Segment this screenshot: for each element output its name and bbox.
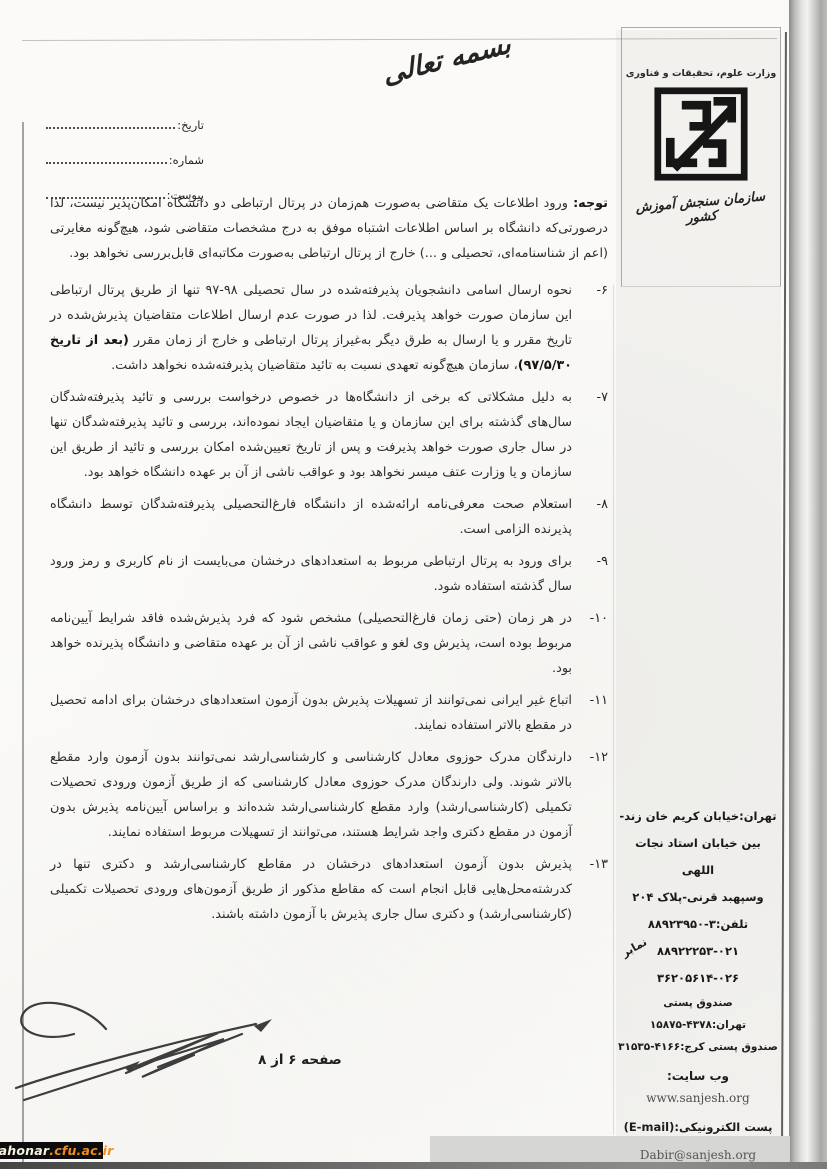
dotted-line xyxy=(46,162,167,164)
list-item: ۱۱- اتباع غیر ایرانی نمی‌توانند از تسهیل… xyxy=(50,688,608,738)
letterhead-box: وزارت علوم، تحقیقات و فناوری سازمان سنجش… xyxy=(621,27,781,287)
address-line: تهران:خیابان کریم خان زند- xyxy=(618,803,778,830)
list-item: ۱۰- در هر زمان (حتی زمان فارغ‌التحصیلی) … xyxy=(50,606,608,681)
org-name-calligraphy: سازمان سنجش آموزش کشور xyxy=(621,188,781,232)
scanned-page: بسمه تعالی تاریخ: شماره: پیوست: وزارت عل… xyxy=(0,0,827,1169)
item-number: ۷- xyxy=(572,385,608,485)
item-text: در هر زمان (حتی زمان فارغ‌التحصیلی) مشخص… xyxy=(50,606,572,681)
item-number: ۱۱- xyxy=(572,688,608,738)
notice-text: ورود اطلاعات یک متقاضی به‌صورت هم‌زمان د… xyxy=(50,196,608,261)
item-text: اتباع غیر ایرانی نمی‌توانند از تسهیلات پ… xyxy=(50,688,572,738)
item-number: ۸- xyxy=(572,492,608,542)
list-item: ۹- برای ورود به پرتال ارتباطی مربوط به ا… xyxy=(50,549,608,599)
list-item: ۷- به دلیل مشکلاتی که برخی از دانشگاه‌ها… xyxy=(50,385,608,485)
scanner-gutter xyxy=(789,0,827,1169)
sanjesh-logo-icon xyxy=(622,86,780,186)
list-item: ۶- نحوه ارسال اسامی دانشجویان پذیرفته‌شد… xyxy=(50,278,608,378)
list-item: ۱۲- دارندگان مدرک حوزوی معادل کارشناسی و… xyxy=(50,745,608,845)
item-text: پذیرش بدون آزمون استعدادهای درخشان در مق… xyxy=(50,852,572,927)
item-number: ۱۰- xyxy=(572,606,608,681)
notice-paragraph: توجه: ورود اطلاعات یک متقاضی به‌صورت هم‌… xyxy=(50,191,608,266)
watermark-site-suffix: .cfu.ac.ir xyxy=(49,1143,113,1158)
item-text-pre: به دلیل مشکلاتی که برخی از دانشگاه‌ها در… xyxy=(50,390,572,480)
phone-line: تلفن:۳-۸۸۹۲۳۹۵۰ xyxy=(618,911,778,938)
website-url: www.sanjesh.org xyxy=(616,1087,780,1109)
date-label: تاریخ: xyxy=(177,118,204,133)
item-number: ۹- xyxy=(572,549,608,599)
item-number: ۱۲- xyxy=(572,745,608,845)
list-item: ۸- استعلام صحت معرفی‌نامه ارائه‌شده از د… xyxy=(50,492,608,542)
item-text-pre: نحوه ارسال اسامی دانشجویان پذیرفته‌شده د… xyxy=(50,283,572,348)
address-line: بین خیابان استاد نجات اللهی xyxy=(618,830,778,884)
header-fields: تاریخ: شماره: پیوست: xyxy=(46,98,204,203)
ministry-title: وزارت علوم، تحقیقات و فناوری xyxy=(622,68,780,79)
sidebar-footer: صندوق پستی تهران:۴۳۷۸-۱۵۸۷۵ صندوق پستی ک… xyxy=(616,992,780,1166)
item-text: به دلیل مشکلاتی که برخی از دانشگاه‌ها در… xyxy=(50,385,572,485)
item-text-pre: پذیرش بدون آزمون استعدادهای درخشان در مق… xyxy=(50,857,572,922)
date-field: تاریخ: xyxy=(46,98,204,133)
fax-line: ۳۶۲۰۵۶۱۴-۰۲۶ xyxy=(618,965,778,992)
website-label: وب سایت: xyxy=(616,1065,780,1087)
address-line: وسپهبد قرنی-پلاک ۲۰۴ xyxy=(618,884,778,911)
sidebar-address: تهران:خیابان کریم خان زند- بین خیابان اس… xyxy=(618,803,778,992)
item-text-pre: استعلام صحت معرفی‌نامه ارائه‌شده از دانش… xyxy=(50,497,572,537)
watermark-bar: bahonar.cfu.ac.ir xyxy=(0,1142,103,1159)
signature-scribble xyxy=(8,993,323,1105)
item-text-pre: دارندگان مدرک حوزوی معادل کارشناسی و کار… xyxy=(50,750,572,840)
number-field: شماره: xyxy=(46,133,204,168)
item-text: دارندگان مدرک حوزوی معادل کارشناسی و کار… xyxy=(50,745,572,845)
letter-body: توجه: ورود اطلاعات یک متقاضی به‌صورت هم‌… xyxy=(50,191,608,934)
scan-strip-bottom xyxy=(0,1162,827,1169)
item-text-pre: اتباع غیر ایرانی نمی‌توانند از تسهیلات پ… xyxy=(50,693,572,733)
item-text: استعلام صحت معرفی‌نامه ارائه‌شده از دانش… xyxy=(50,492,572,542)
watermark-site-name: bahonar xyxy=(0,1143,49,1158)
sidebar-divider xyxy=(613,285,614,1135)
item-number: ۱۳- xyxy=(572,852,608,927)
list-item: ۱۳- پذیرش بدون آزمون استعدادهای درخشان د… xyxy=(50,852,608,927)
po-box-line: صندوق پستی تهران:۴۳۷۸-۱۵۸۷۵ xyxy=(616,992,780,1036)
number-label: شماره: xyxy=(169,153,204,168)
item-number: ۶- xyxy=(572,278,608,378)
item-text-pre: برای ورود به پرتال ارتباطی مربوط به استع… xyxy=(50,554,572,594)
item-text: نحوه ارسال اسامی دانشجویان پذیرفته‌شده د… xyxy=(50,278,572,378)
dotted-line xyxy=(46,127,175,129)
item-text-pre: در هر زمان (حتی زمان فارغ‌التحصیلی) مشخص… xyxy=(50,611,572,676)
po-box-line: صندوق پستی کرج:۴۱۶۶-۳۱۵۳۵ xyxy=(616,1036,780,1058)
notice-label: توجه: xyxy=(573,196,608,211)
email-label: پست الکترونیکی:(E-mail) xyxy=(616,1116,780,1138)
item-text: برای ورود به پرتال ارتباطی مربوط به استع… xyxy=(50,549,572,599)
item-text-post: ، سازمان هیچ‌گونه تعهدی نسبت به تائید مت… xyxy=(111,358,518,373)
page-number: صفحه ۶ از ۸ xyxy=(235,1052,365,1068)
